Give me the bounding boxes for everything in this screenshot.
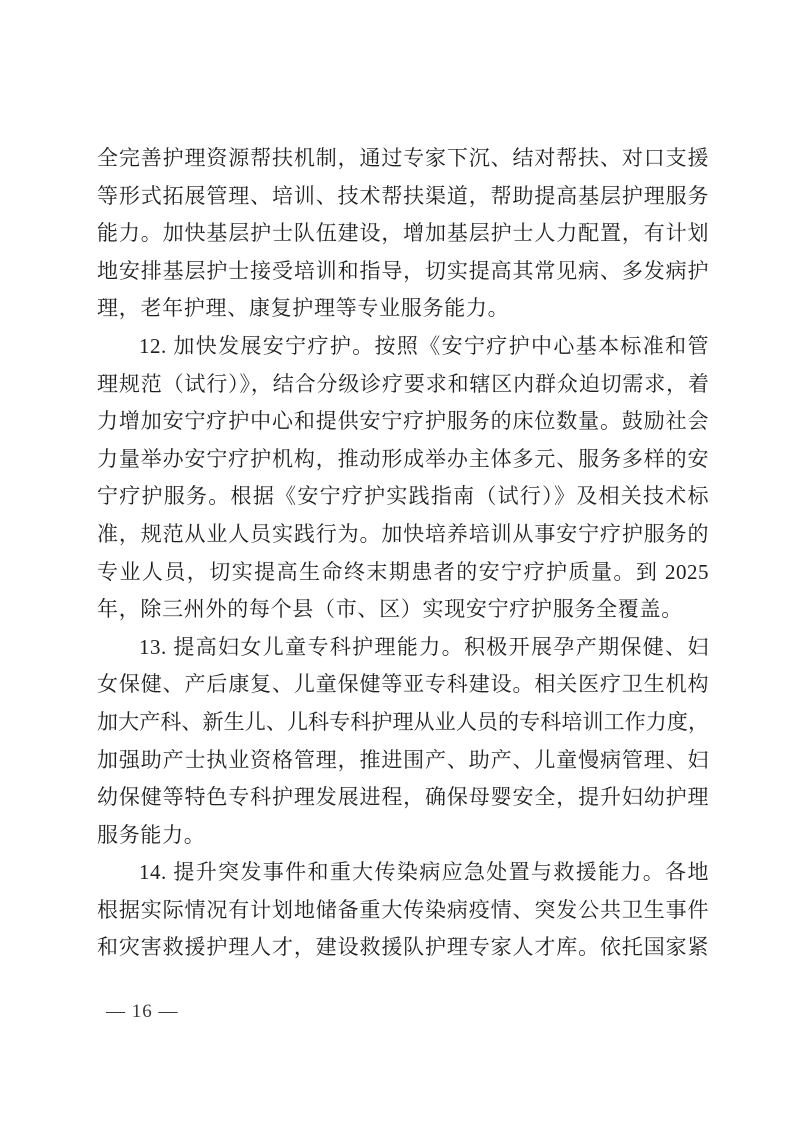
text-line: 女保健、产后康复、儿童保健等亚专科建设。相关医疗卫生机构 xyxy=(97,666,709,704)
text-line-item-12-start: 12. 加快发展安宁疗护。按照《安宁疗护中心基本标准和管 xyxy=(97,328,709,366)
text-line-paragraph-end: 理，老年护理、康复护理等专业服务能力。 xyxy=(97,290,709,328)
text-line: 理规范（试行）》，结合分级诊疗要求和辖区内群众迫切需求，着 xyxy=(97,366,709,404)
text-line: 幼保健等特色专科护理发展进程，确保母婴安全，提升妇幼护理 xyxy=(97,779,709,817)
text-line-paragraph-end: 年，除三州外的每个县（市、区）实现安宁疗护服务全覆盖。 xyxy=(97,591,709,629)
text-line-item-13-start: 13. 提高妇女儿童专科护理能力。积极开展孕产期保健、妇 xyxy=(97,629,709,667)
text-line: 专业人员，切实提高生命终末期患者的安宁疗护质量。到 2025 xyxy=(97,554,709,592)
text-line: 力增加安宁疗护中心和提供安宁疗护服务的床位数量。鼓励社会 xyxy=(97,403,709,441)
document-page: 全完善护理资源帮扶机制，通过专家下沉、结对帮扶、对口支援 等形式拓展管理、培训、… xyxy=(0,0,793,1122)
text-line: 准，规范从业人员实践行为。加快培养培训从事安宁疗护服务的 xyxy=(97,516,709,554)
text-line: 力量举办安宁疗护机构，推动形成举办主体多元、服务多样的安 xyxy=(97,441,709,479)
text-line: 加大产科、新生儿、儿科专科护理从业人员的专科培训工作力度， xyxy=(97,704,709,742)
text-line: 全完善护理资源帮扶机制，通过专家下沉、结对帮扶、对口支援 xyxy=(97,140,709,178)
text-line-paragraph-end: 服务能力。 xyxy=(97,817,709,855)
text-line: 等形式拓展管理、培训、技术帮扶渠道，帮助提高基层护理服务 xyxy=(97,178,709,216)
text-line: 地安排基层护士接受培训和指导，切实提高其常见病、多发病护 xyxy=(97,253,709,291)
text-line: 根据实际情况有计划地储备重大传染病疫情、突发公共卫生事件 xyxy=(97,892,709,930)
text-line: 加强助产士执业资格管理，推进围产、助产、儿童慢病管理、妇 xyxy=(97,742,709,780)
text-line: 宁疗护服务。根据《安宁疗护实践指南（试行）》及相关技术标 xyxy=(97,478,709,516)
text-line: 和灾害救援护理人才，建设救援队护理专家人才库。依托国家紧 xyxy=(97,929,709,967)
page-number: — 16 — xyxy=(106,999,179,1025)
text-line: 能力。加快基层护士队伍建设，增加基层护士人力配置，有计划 xyxy=(97,215,709,253)
text-line-item-14-start: 14. 提升突发事件和重大传染病应急处置与救援能力。各地 xyxy=(97,854,709,892)
document-text-block: 全完善护理资源帮扶机制，通过专家下沉、结对帮扶、对口支援 等形式拓展管理、培训、… xyxy=(97,140,709,967)
